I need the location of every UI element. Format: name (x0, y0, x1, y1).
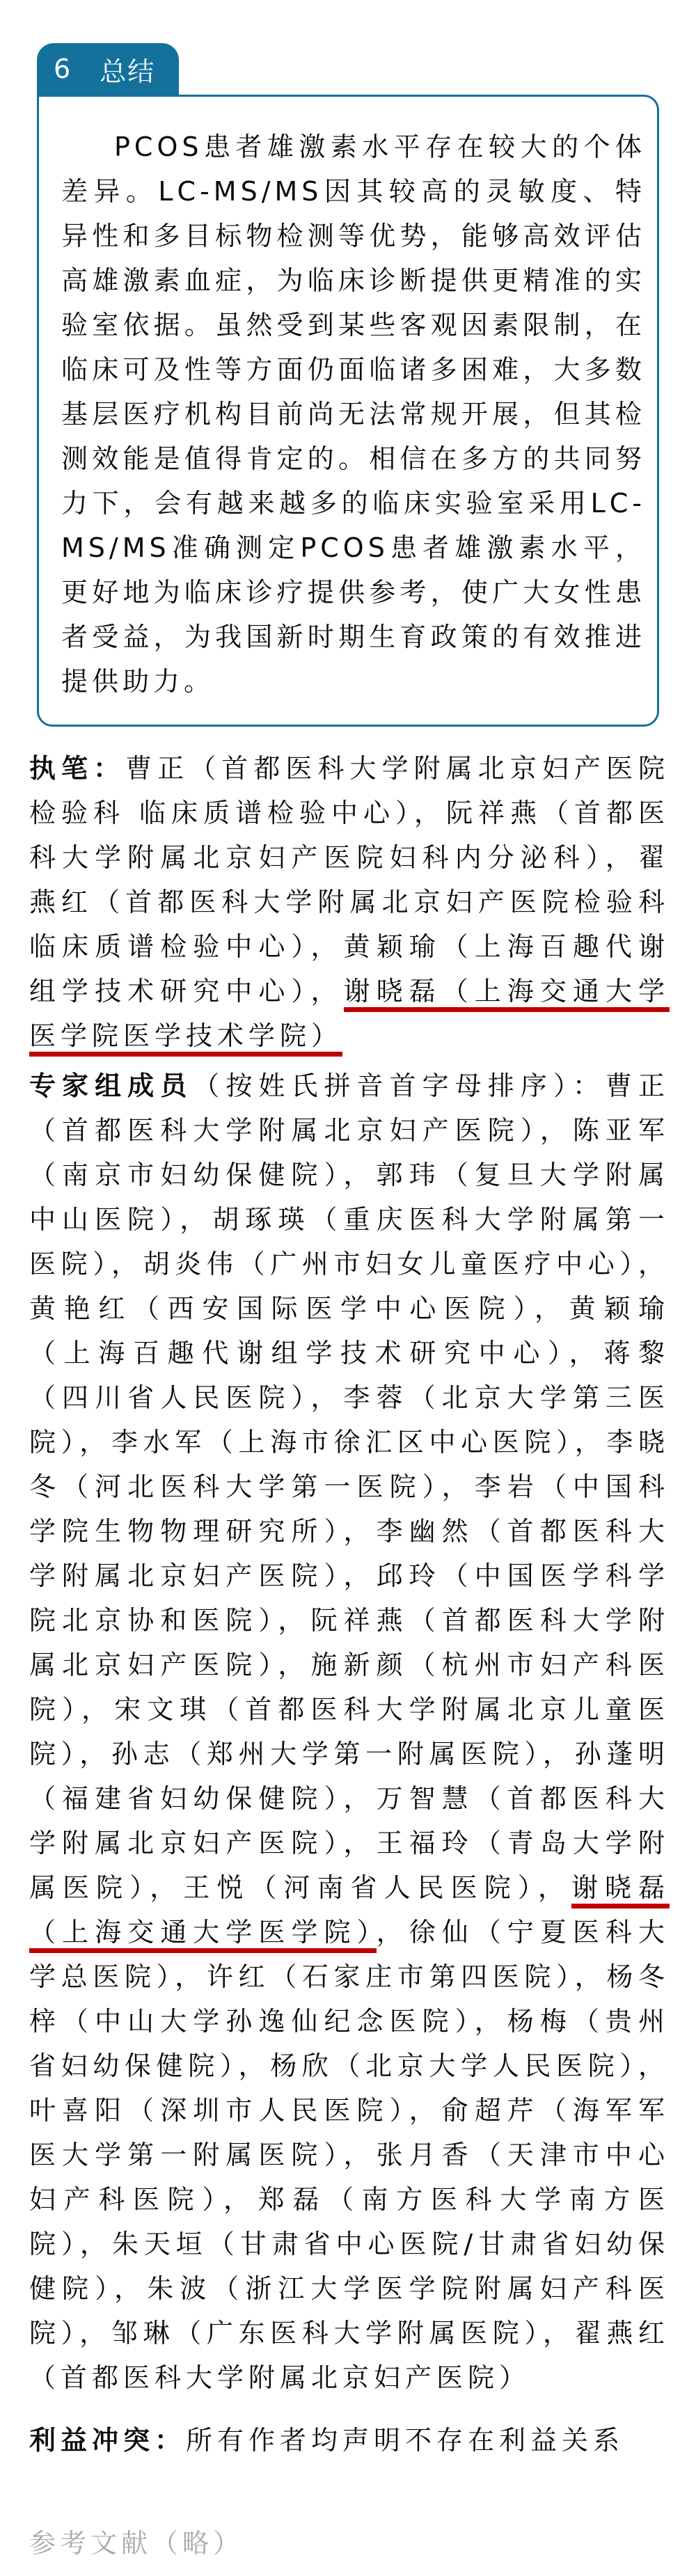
summary-text: PCOS患者雄激素水平存在较大的个体差异。LC-MS/MS因其较高的灵敏度、特异… (61, 125, 646, 704)
section-header-tab: 6 总结 (37, 43, 179, 95)
conflict-label: 利益冲突： (29, 2425, 186, 2456)
experts-label: 专家组成员 (29, 1070, 193, 1101)
summary-box: PCOS患者雄激素水平存在较大的个体差异。LC-MS/MS因其较高的灵敏度、特异… (37, 95, 659, 727)
section-title: 总结 (100, 50, 155, 88)
experts-paragraph: 专家组成员（按姓氏拼音首字母排序）：曹正（首都医科大学附属北京妇产医院），陈亚军… (29, 1064, 670, 2400)
experts-label-suffix: （按姓氏拼音首字母排序）： (193, 1070, 606, 1101)
conflict-text: 所有作者均声明不存在利益关系 (186, 2425, 624, 2456)
experts-list-after: ，徐仙（宁夏医科大学总医院），许红（石家庄市第四医院），杨冬梓（中山大学孙逸仙纪… (29, 1917, 670, 2393)
experts-list-before: 曹正（首都医科大学附属北京妇产医院），陈亚军（南京市妇幼保健院），郭玮（复旦大学… (29, 1070, 670, 1903)
authors-label: 执笔： (29, 753, 125, 784)
authors-text: 曹正（首都医科大学附属北京妇产医院检验科 临床质谱检验中心），阮祥燕（首都医科大… (29, 753, 670, 1006)
document-page: 6 总结 PCOS患者雄激素水平存在较大的个体差异。LC-MS/MS因其较高的灵… (0, 0, 696, 2576)
references-note: 参考文献（略） (29, 2521, 670, 2566)
conflict-paragraph: 利益冲突：所有作者均声明不存在利益关系 (29, 2418, 670, 2463)
authors-paragraph: 执笔：曹正（首都医科大学附属北京妇产医院检验科 临床质谱检验中心），阮祥燕（首都… (29, 746, 670, 1058)
section-number: 6 (54, 54, 72, 84)
